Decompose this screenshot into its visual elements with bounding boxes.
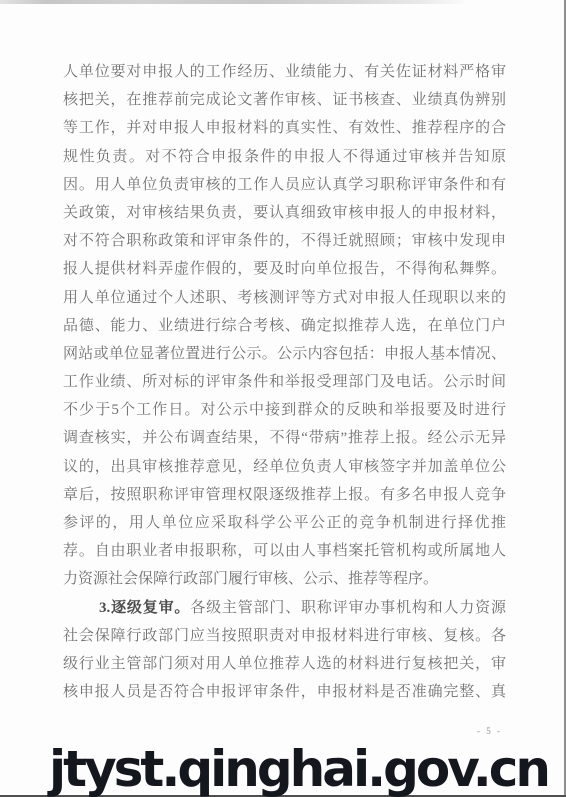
text-line: 调查核实，并公布调查结果，不得“带病”推荐上报。经公示无异 <box>63 424 506 452</box>
text-line: 等工作，并对申报人申报材料的真实性、有效性、推荐程序的合 <box>63 114 506 142</box>
text-line: 核把关，在推荐前完成论文著作审核、证书核查、业绩真伪辨别 <box>63 86 506 114</box>
page-number: - 5 - <box>477 726 502 736</box>
text-line: 用人单位通过个人述职、考核测评等方式对申报人任现职以来的 <box>63 284 506 312</box>
text-line: 工作业绩、所对标的评审条件和举报受理部门及电话。公示时间 <box>63 368 506 396</box>
text-line: 品德、能力、业绩进行综合考核、确定拟推荐人选，在单位门户 <box>63 312 506 340</box>
document-page: 人单位要对申报人的工作经历、业绩能力、有关佐证材料严格审 核把关，在推荐前完成论… <box>0 0 566 797</box>
text-line: 核申报人员是否符合申报评审条件，申报材料是否准确完整、真 <box>63 678 506 706</box>
text-line: 规性负责。对不符合申报条件的申报人不得通过审核并告知原 <box>63 143 506 171</box>
paragraph-3-heading: 3.逐级复审。 <box>99 600 190 616</box>
site-watermark: jtyst.qinghai.gov.cn <box>49 740 548 797</box>
text-line: 人单位要对申报人的工作经历、业绩能力、有关佐证材料严格审 <box>63 58 506 86</box>
text-line: 议的，出具审核推荐意见，经单位负责人审核签字并加盖单位公 <box>63 453 506 481</box>
text-line: 关政策，对审核结果负责，要认真细致审核申报人的申报材料， <box>63 199 506 227</box>
text-line: 荐。自由职业者申报职称，可以由人事档案托管机构或所属地人 <box>63 537 506 565</box>
text-line: 不少于5个工作日。对公示中接到群众的反映和举报要及时进行 <box>63 396 506 424</box>
text-line: 对不符合职称政策和评审条件的，不得迁就照顾；审核中发现申 <box>63 227 506 255</box>
scan-artifact-top <box>0 0 468 4</box>
text-line: 参评的，用人单位应采取科学公平公正的竞争机制进行择优推 <box>63 509 506 537</box>
text-line-paragraph-3: 3.逐级复审。各级主管部门、职称评审办事机构和人力资源 <box>63 594 506 622</box>
text-line: 力资源社会保障行政部门履行审核、公示、推荐等程序。 <box>63 565 506 593</box>
body-text: 人单位要对申报人的工作经历、业绩能力、有关佐证材料严格审 核把关，在推荐前完成论… <box>63 58 506 706</box>
text-line: 章后，按照职称评审管理权限逐级推荐上报。有多名申报人竞争 <box>63 481 506 509</box>
paragraph-3-text: 各级主管部门、职称评审办事机构和人力资源 <box>190 600 506 616</box>
text-line: 社会保障行政部门应当按照职责对申报材料进行审核、复核。各 <box>63 622 506 650</box>
text-line: 报人提供材料弄虚作假的，要及时向单位报告，不得徇私舞弊。 <box>63 255 506 283</box>
text-line: 网站或单位显著位置进行公示。公示内容包括：申报人基本情况、 <box>63 340 506 368</box>
text-line: 因。用人单位负责审核的工作人员应认真学习职称评审条件和有 <box>63 171 506 199</box>
text-line: 级行业主管部门须对用人单位推荐人选的材料进行复核把关，审 <box>63 650 506 678</box>
